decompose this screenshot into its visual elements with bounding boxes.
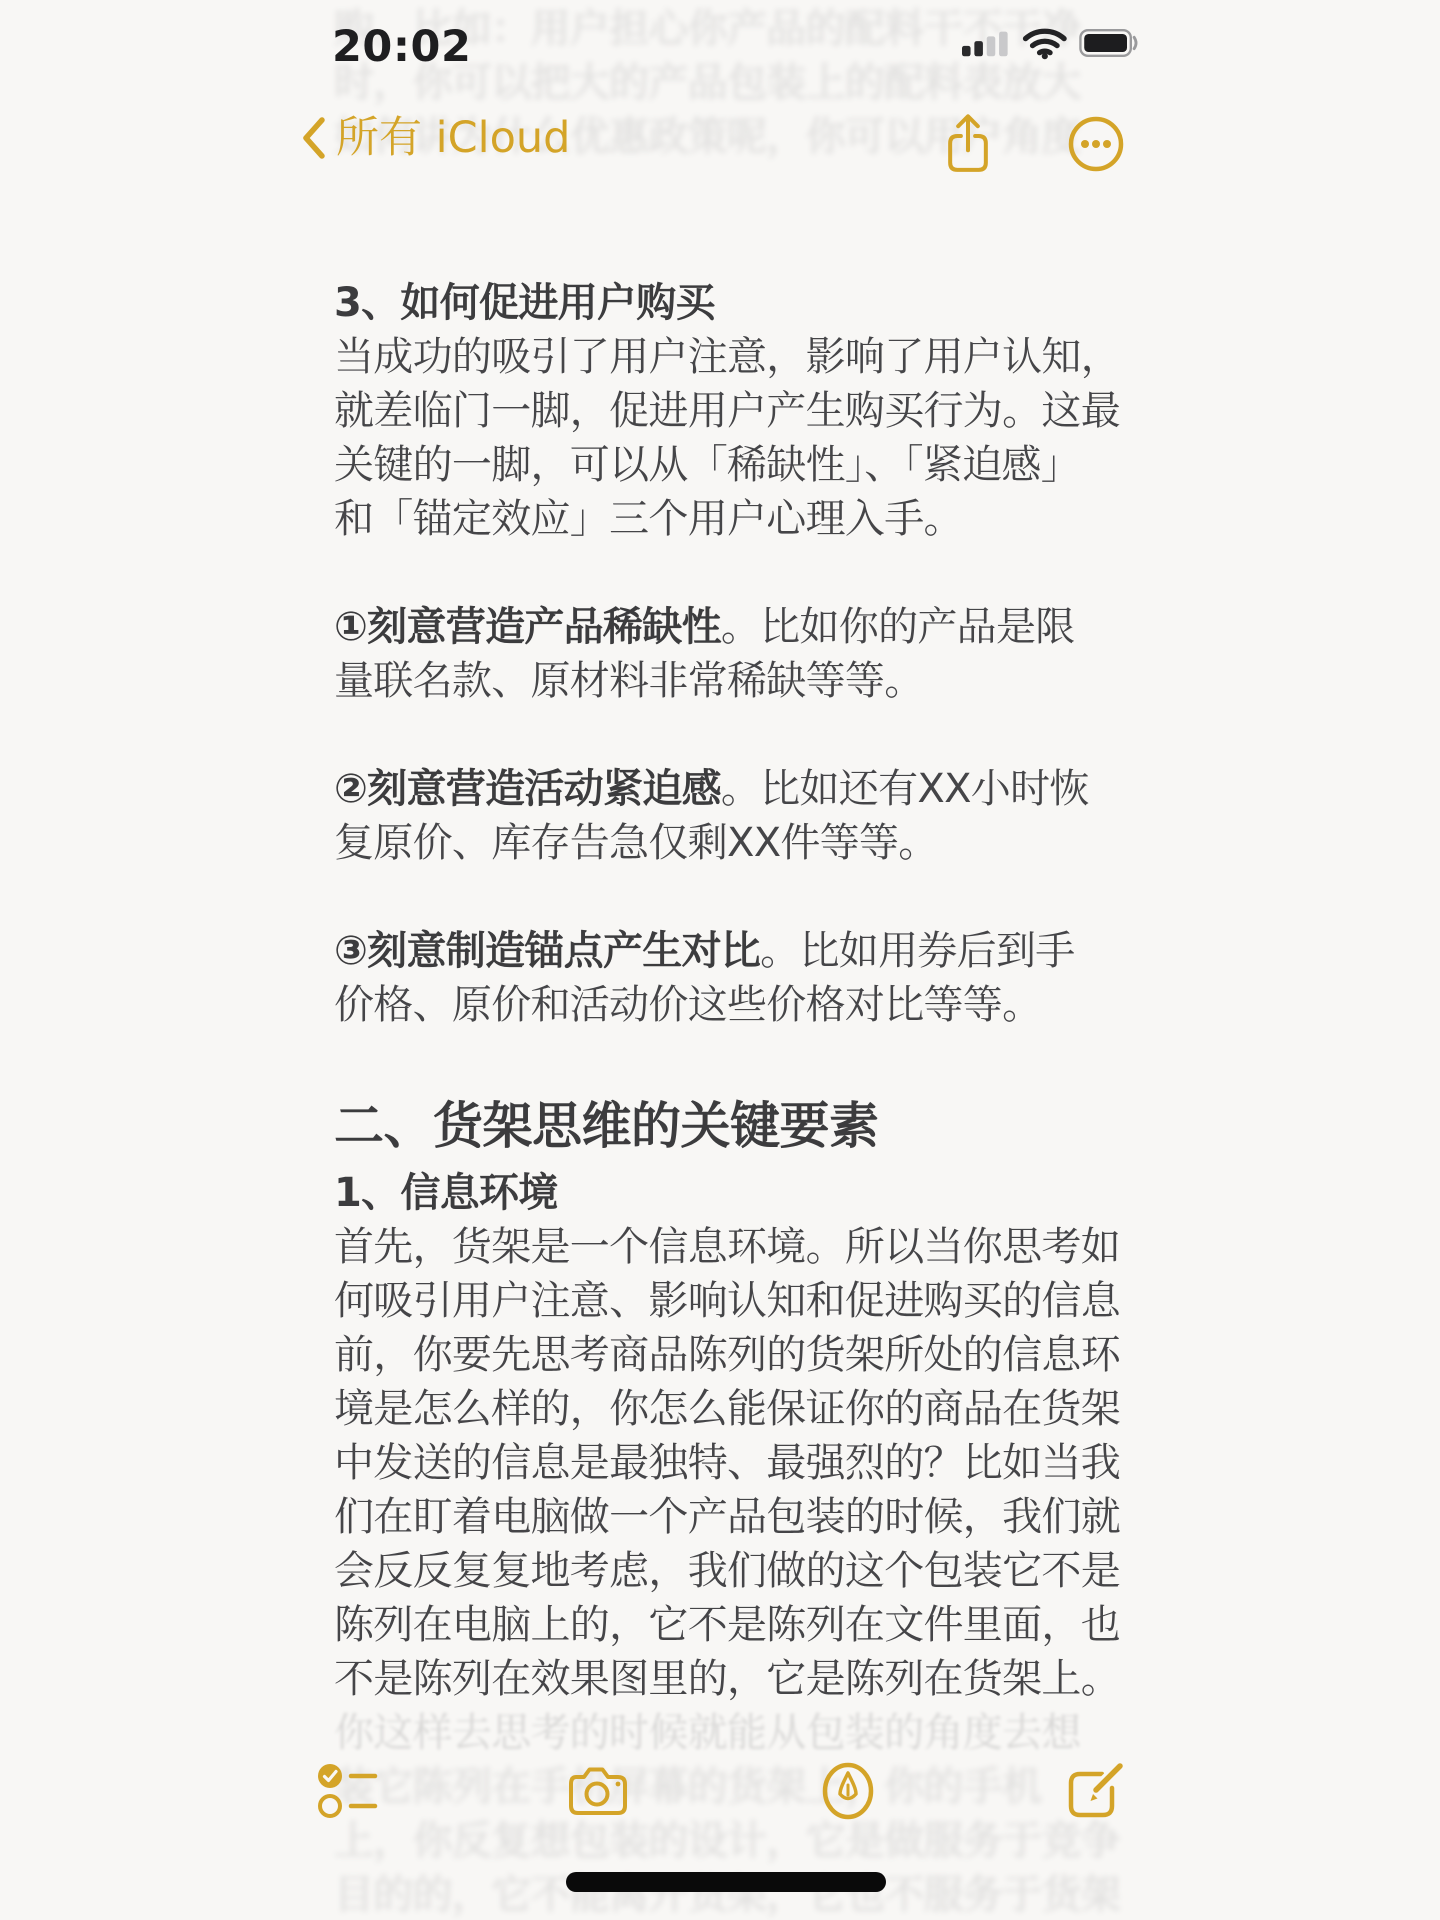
- markup-button[interactable]: [813, 1758, 883, 1824]
- note-line: 你这样去思考的时候就能从包装的角度去想: [334, 1706, 1134, 1760]
- camera-button[interactable]: [563, 1758, 633, 1824]
- note-line: 就差临门一脚，促进用户产生购买行为。这最: [334, 384, 1134, 438]
- markup-pen-icon: [819, 1761, 877, 1821]
- back-button[interactable]: 所有 iCloud: [300, 112, 570, 164]
- note-line: ③刻意制造锚点产生对比。比如用券后到手: [334, 924, 1134, 978]
- note-line: 不是陈列在效果图里的，它是陈列在货架上。: [334, 1652, 1134, 1706]
- share-button[interactable]: [936, 110, 1000, 178]
- compose-icon: [1062, 1758, 1128, 1824]
- home-indicator[interactable]: [566, 1872, 886, 1892]
- share-icon: [941, 111, 995, 177]
- camera-icon: [566, 1764, 630, 1818]
- note-body[interactable]: 3、如何促进用户购买当成功的吸引了用户注意，影响了用户认知，就差临门一脚，促进用…: [334, 276, 1134, 1760]
- more-button[interactable]: [1064, 110, 1128, 178]
- ellipsis-circle-icon: [1067, 115, 1125, 173]
- note-line: 3、如何促进用户购买: [334, 276, 1134, 330]
- note-line: 当成功的吸引了用户注意，影响了用户认知，: [334, 330, 1134, 384]
- note-line: 前，你要先思考商品陈列的货架所处的信息环: [334, 1328, 1134, 1382]
- note-line: 境是怎么样的，你怎么能保证你的商品在货架: [334, 1382, 1134, 1436]
- note-line: ②刻意营造活动紧迫感。比如还有XX小时恢: [334, 762, 1134, 816]
- battery-icon: [1079, 28, 1138, 58]
- note-line: [334, 546, 1134, 600]
- note-line: 复原价、库存告急仅剩XX件等等。: [334, 816, 1134, 870]
- wifi-icon: [1022, 25, 1068, 61]
- checklist-button[interactable]: [313, 1758, 383, 1824]
- status-icons: [962, 26, 1138, 60]
- checklist-icon: [315, 1760, 381, 1822]
- note-line: 和「锚定效应」三个用户心理入手。: [334, 492, 1134, 546]
- note-line: ①刻意营造产品稀缺性。比如你的产品是限: [334, 600, 1134, 654]
- cellular-signal-icon: [962, 26, 1011, 60]
- back-button-label: 所有 iCloud: [336, 112, 570, 164]
- note-line: 首先，货架是一个信息环境。所以当你思考如: [334, 1220, 1134, 1274]
- note-line: 关键的一脚，可以从「稀缺性」、「紧迫感」: [334, 438, 1134, 492]
- status-time: 20:02: [332, 22, 471, 72]
- note-line: [334, 708, 1134, 762]
- note-line: [334, 870, 1134, 924]
- note-line: 二、货架思维的关键要素: [334, 1086, 1134, 1166]
- note-line: 会反反复复地考虑，我们做的这个包装它不是: [334, 1544, 1134, 1598]
- note-line: 价格、原价和活动价这些价格对比等等。: [334, 978, 1134, 1032]
- note-line: 陈列在电脑上的，它不是陈列在文件里面，也: [334, 1598, 1134, 1652]
- note-line: [334, 1032, 1134, 1086]
- compose-button[interactable]: [1060, 1758, 1130, 1824]
- note-line: 何吸引用户注意、影响认知和促进购买的信息: [334, 1274, 1134, 1328]
- note-line: 中发送的信息是最独特、最强烈的？比如当我: [334, 1436, 1134, 1490]
- chevron-left-icon: [300, 115, 326, 161]
- notes-app-screen: 购。比如：用户担心你产品的配料干不干净时，你可以把大的产品包装上的配料表放大如何…: [0, 0, 1440, 1920]
- note-line: 量联名款、原材料非常稀缺等等。: [334, 654, 1134, 708]
- note-line: 1、信息环境: [334, 1166, 1134, 1220]
- note-line: 们在盯着电脑做一个产品包装的时候，我们就: [334, 1490, 1134, 1544]
